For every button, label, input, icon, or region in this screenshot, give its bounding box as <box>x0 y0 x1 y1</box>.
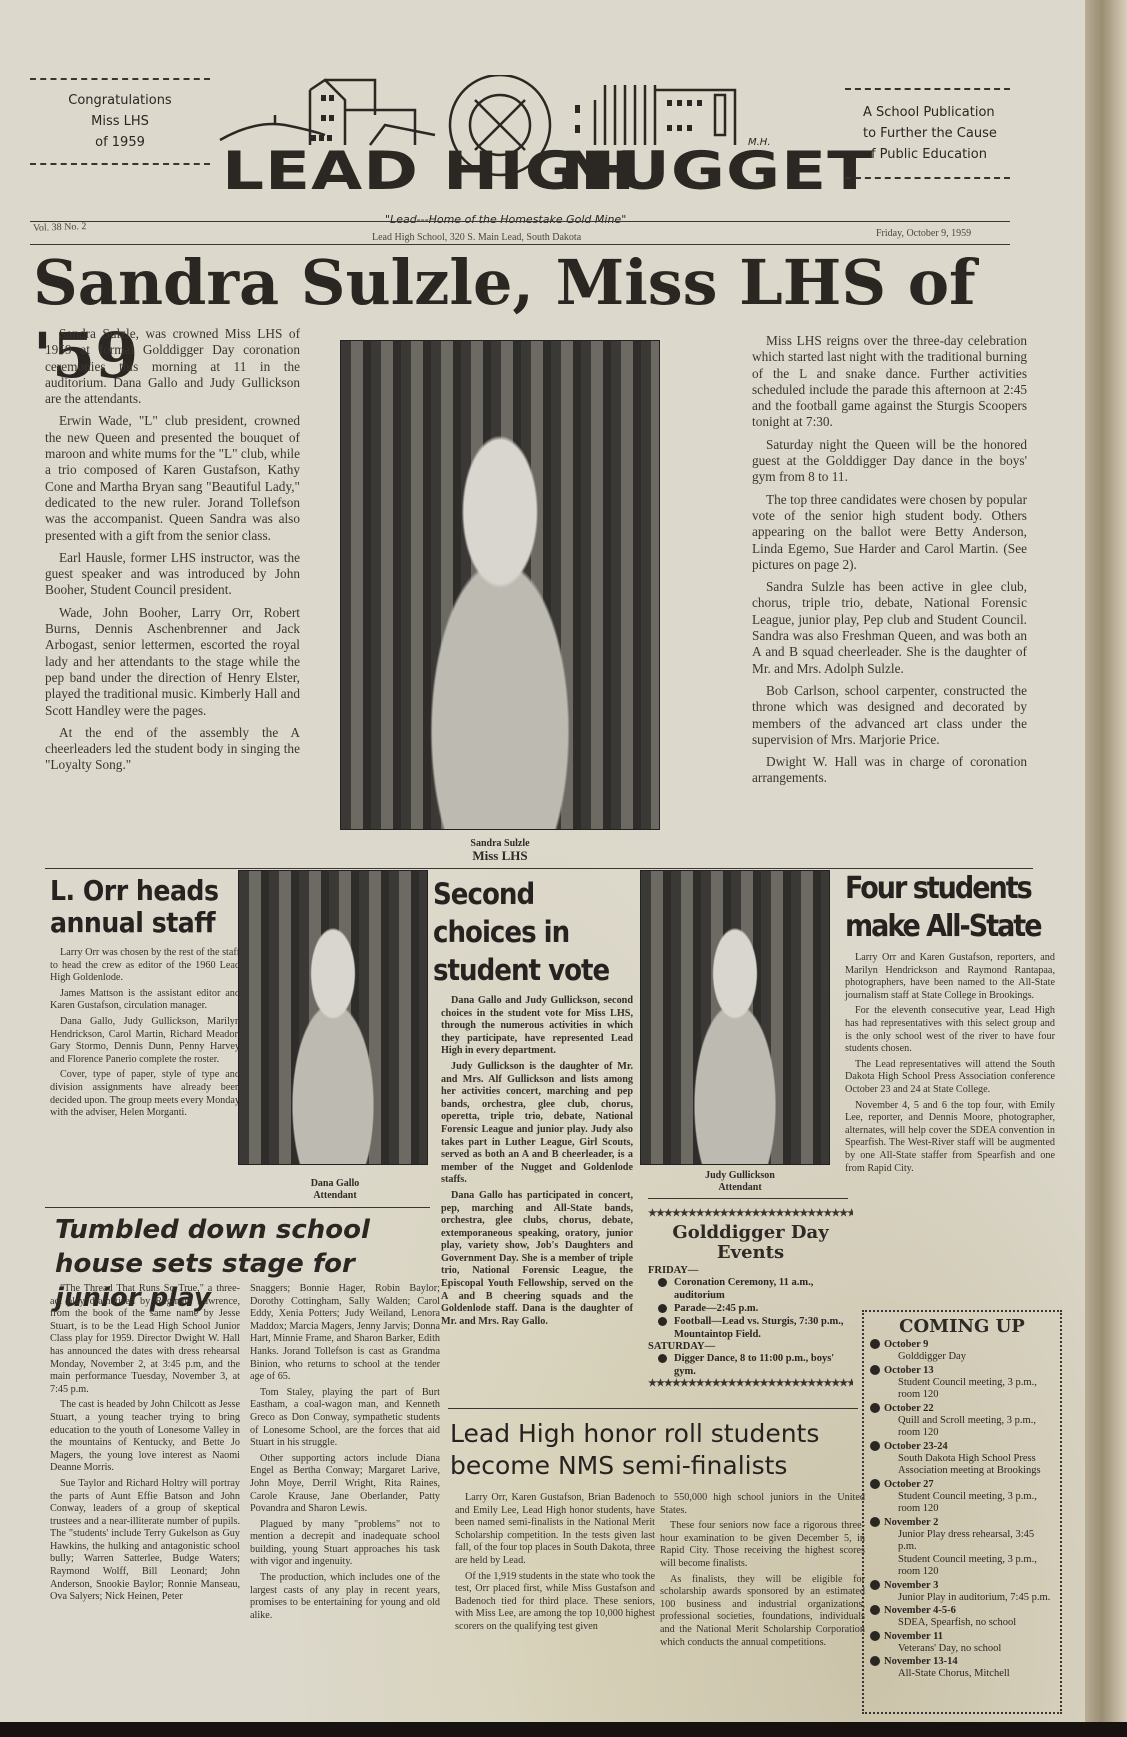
bullet-icon <box>658 1317 667 1326</box>
event-date: October 13 <box>884 1365 934 1376</box>
paragraph: Earl Hausle, former LHS instructor, was … <box>45 550 300 599</box>
orr-headline: L. Orr heads annual staff <box>50 875 240 939</box>
bullet-icon <box>870 1605 880 1615</box>
event-date: November 3 <box>884 1580 938 1591</box>
paragraph: Erwin Wade, "L" club president, crowned … <box>45 413 300 543</box>
bullet-icon <box>870 1403 880 1413</box>
event-desc: All-State Chorus, Mitchell <box>870 1668 1054 1681</box>
paragraph: November 4, 5 and 6 the top four, with E… <box>845 1100 1055 1176</box>
bullet-icon <box>870 1580 880 1590</box>
section-rule <box>45 1207 430 1208</box>
event-item: Parade—2:45 p.m. <box>648 1302 853 1315</box>
paragraph: The top three candidates were chosen by … <box>752 492 1027 573</box>
section-rule <box>45 868 1033 869</box>
coming-up-event: November 4-5-6 SDEA, Spearfish, no schoo… <box>870 1604 1054 1630</box>
miss-lhs-photo <box>340 340 660 830</box>
dana-gallo-caption: Dana Gallo Attendant <box>280 1178 390 1202</box>
bullet-icon <box>870 1631 880 1641</box>
section-rule <box>648 1198 848 1199</box>
section-rule <box>448 1408 858 1409</box>
second-choices-story: Second choices in student vote Dana Gall… <box>433 875 633 1331</box>
dashed-rule <box>845 88 1010 90</box>
caption-title: Miss LHS <box>440 850 560 862</box>
caption-name: Judy Gullickson <box>680 1170 800 1182</box>
dashed-rule <box>845 177 1010 179</box>
paragraph: Snaggers; Bonnie Hager, Robin Baylor; Do… <box>250 1283 440 1384</box>
paragraph: The Lead representatives will attend the… <box>845 1059 1055 1097</box>
right-ear-line: A School Publication <box>863 102 1010 123</box>
right-ear-line: to Further the Cause <box>863 123 1010 144</box>
coming-up-event: October 13 Student Council meeting, 3 p.… <box>870 1364 1054 1402</box>
event-desc: South Dakota High School Press Associati… <box>870 1453 1054 1478</box>
nms-col1: Larry Orr, Karen Gustafson, Brian Badeno… <box>455 1492 655 1637</box>
event-desc: Golddigger Day <box>870 1351 1054 1364</box>
paragraph: Dana Gallo, Judy Gullickson, Marilyn Hen… <box>50 1016 240 1066</box>
dashed-rule <box>30 78 210 80</box>
event-date: November 4-5-6 <box>884 1605 956 1616</box>
event-desc: Junior Play in auditorium, 7:45 p.m. <box>870 1592 1054 1605</box>
paragraph: Dana Gallo and Judy Gullickson, second c… <box>441 995 633 1058</box>
event-date: October 9 <box>884 1339 928 1350</box>
bullet-icon <box>658 1304 667 1313</box>
paragraph: For the eleventh consecutive year, Lead … <box>845 1005 1055 1055</box>
coming-up-event: November 2 Junior Play dress rehearsal, … <box>870 1516 1054 1579</box>
paragraph: Dwight W. Hall was in charge of coronati… <box>752 754 1027 787</box>
coming-up-event: October 27 Student Council meeting, 3 p.… <box>870 1478 1054 1516</box>
right-ear: A School Publication to Further the Caus… <box>845 88 1010 179</box>
paragraph: Larry Orr and Karen Gustafson, reporters… <box>845 952 1055 1002</box>
miss-lhs-photo-caption: Sandra Sulzle Miss LHS <box>440 838 560 862</box>
event-date: November 13-14 <box>884 1656 958 1667</box>
lead-story-right-column: Miss LHS reigns over the three-day celeb… <box>752 333 1027 793</box>
paragraph: Other supporting actors include Diana En… <box>250 1453 440 1516</box>
second-choices-headline: Second choices in student vote <box>433 875 633 989</box>
paragraph: Sandra Sulzle has been active in glee cl… <box>752 579 1027 677</box>
nms-headline: Lead High honor roll students become NMS… <box>450 1418 860 1482</box>
masthead-tagline: "Lead---Home of the Homestake Gold Mine" <box>385 213 626 226</box>
all-state-headline: Four students make All-State <box>845 870 1055 946</box>
left-ear: Congratulations Miss LHS of 1959 <box>30 78 210 165</box>
event-desc: Junior Play dress rehearsal, 3:45 p.m. <box>870 1529 1054 1554</box>
bullet-icon <box>870 1517 880 1527</box>
coming-up-title: COMING UP <box>870 1316 1054 1338</box>
masthead-rule <box>30 221 1010 222</box>
orr-story-body: Larry Orr was chosen by the rest of the … <box>50 947 240 1120</box>
bullet-icon <box>870 1365 880 1375</box>
issue-date: Friday, October 9, 1959 <box>876 228 971 239</box>
coming-up-event: November 13-14 All-State Chorus, Mitchel… <box>870 1655 1054 1681</box>
paragraph: Bob Carlson, school carpenter, construct… <box>752 683 1027 748</box>
paragraph: Larry Orr was chosen by the rest of the … <box>50 947 240 985</box>
paragraph: Plagued by many "problems" not to mentio… <box>250 1519 440 1569</box>
bullet-icon <box>870 1339 880 1349</box>
paragraph: Saturday night the Queen will be the hon… <box>752 437 1027 486</box>
second-choices-body: Dana Gallo and Judy Gullickson, second c… <box>433 995 633 1328</box>
bullet-icon <box>658 1278 667 1287</box>
event-date: October 22 <box>884 1403 934 1414</box>
paragraph: Judy Gullickson is the daughter of Mr. a… <box>441 1061 633 1187</box>
event-desc: Student Council meeting, 3 p.m., room 12… <box>870 1554 1054 1579</box>
event-item: Coronation Ceremony, 11 a.m., auditorium <box>648 1276 853 1302</box>
right-ear-line: of Public Education <box>863 144 1010 165</box>
page-bottom-edge <box>0 1722 1127 1737</box>
coming-up-event: October 23-24 South Dakota High School P… <box>870 1440 1054 1478</box>
paragraph: Miss LHS reigns over the three-day celeb… <box>752 333 1027 431</box>
masthead-title-right: NUGGET <box>560 140 873 202</box>
caption-title: Attendant <box>280 1190 390 1202</box>
event-item: Digger Dance, 8 to 11:00 p.m., boys' gym… <box>648 1352 853 1378</box>
dashed-rule <box>30 163 210 165</box>
judy-gullickson-caption: Judy Gullickson Attendant <box>680 1170 800 1194</box>
event-desc: Student Council meeting, 3 p.m., room 12… <box>870 1377 1054 1402</box>
paragraph: Cover, type of paper, style of type and … <box>50 1069 240 1119</box>
bullet-icon <box>870 1479 880 1489</box>
coming-up-event: November 3 Junior Play in auditorium, 7:… <box>870 1579 1054 1605</box>
coming-up-event: November 11 Veterans' Day, no school <box>870 1630 1054 1656</box>
star-border: ★★★★★★★★★★★★★★★★★★★★★★★★★★★★★★ <box>648 1378 853 1389</box>
event-date: October 23-24 <box>884 1441 948 1452</box>
junior-play-col2: Snaggers; Bonnie Hager, Robin Baylor; Do… <box>250 1283 440 1625</box>
paragraph: As finalists, they will be eligible for … <box>660 1574 865 1650</box>
binding-edge <box>1085 0 1127 1737</box>
paragraph: Sue Taylor and Richard Holtry will portr… <box>50 1478 240 1604</box>
coming-up-event: October 9 Golddigger Day <box>870 1338 1054 1364</box>
all-state-body: Larry Orr and Karen Gustafson, reporters… <box>845 952 1055 1175</box>
nms-col2: to 550,000 high school juniors in the Un… <box>660 1492 865 1652</box>
left-ear-line: Congratulations <box>30 90 210 111</box>
volume-number: Vol. 38 No. 2 <box>33 221 87 234</box>
caption-title: Attendant <box>680 1182 800 1194</box>
paragraph: These four seniors now face a rigorous t… <box>660 1520 865 1570</box>
orr-story: L. Orr heads annual staff Larry Orr was … <box>50 875 240 1123</box>
event-date: November 2 <box>884 1517 938 1528</box>
bullet-icon <box>658 1354 667 1363</box>
event-day: SATURDAY— <box>648 1341 853 1352</box>
all-state-story: Four students make All-State Larry Orr a… <box>845 870 1055 1178</box>
paragraph: The production, which includes one of th… <box>250 1572 440 1622</box>
paragraph: James Mattson is the assistant editor an… <box>50 988 240 1013</box>
paragraph: Of the 1,919 students in the state who t… <box>455 1571 655 1634</box>
bullet-icon <box>870 1656 880 1666</box>
paragraph: At the end of the assembly the A cheerle… <box>45 725 300 774</box>
event-date: October 27 <box>884 1479 934 1490</box>
paragraph: Wade, John Booher, Larry Orr, Robert Bur… <box>45 605 300 719</box>
event-desc: Quill and Scroll meeting, 3 p.m., room 1… <box>870 1415 1054 1440</box>
caption-name: Dana Gallo <box>280 1178 390 1190</box>
paragraph: to 550,000 high school juniors in the Un… <box>660 1492 865 1517</box>
events-title: Golddigger Day Events <box>648 1223 853 1263</box>
coming-up-event: October 22 Quill and Scroll meeting, 3 p… <box>870 1402 1054 1440</box>
judy-gullickson-photo <box>640 870 830 1165</box>
left-ear-line: of 1959 <box>30 132 210 153</box>
junior-play-col1: "The Thread That Runs So True," a three-… <box>50 1283 240 1607</box>
paragraph: "The Thread That Runs So True," a three-… <box>50 1283 240 1396</box>
school-address: Lead High School, 320 S. Main Lead, Sout… <box>372 232 581 243</box>
event-desc: Student Council meeting, 3 p.m., room 12… <box>870 1491 1054 1516</box>
masthead-rule <box>30 244 1010 245</box>
golddigger-events-box: ★★★★★★★★★★★★★★★★★★★★★★★★★★★★★★ Golddigge… <box>648 1208 853 1389</box>
paragraph: Larry Orr, Karen Gustafson, Brian Badeno… <box>455 1492 655 1568</box>
star-border: ★★★★★★★★★★★★★★★★★★★★★★★★★★★★★★ <box>648 1208 853 1219</box>
bullet-icon <box>870 1441 880 1451</box>
event-desc: Veterans' Day, no school <box>870 1643 1054 1656</box>
coming-up-box: COMING UP October 9 Golddigger Day Octob… <box>862 1310 1062 1714</box>
newspaper-page: Congratulations Miss LHS of 1959 <box>0 0 1085 1722</box>
left-ear-line: Miss LHS <box>30 111 210 132</box>
dana-gallo-photo <box>238 870 428 1165</box>
event-desc: SDEA, Spearfish, no school <box>870 1617 1054 1630</box>
paragraph: Tom Staley, playing the part of Burt Eas… <box>250 1387 440 1450</box>
event-date: November 11 <box>884 1631 943 1642</box>
paragraph: Sandra Sulzle, was crowned Miss LHS of 1… <box>45 326 300 407</box>
lead-story-left-column: Sandra Sulzle, was crowned Miss LHS of 1… <box>45 326 300 780</box>
paragraph: Dana Gallo has participated in concert, … <box>441 1190 633 1329</box>
event-item: Football—Lead vs. Sturgis, 7:30 p.m., Mo… <box>648 1315 853 1341</box>
paragraph: The cast is headed by John Chilcott as J… <box>50 1399 240 1475</box>
event-day: FRIDAY— <box>648 1265 853 1276</box>
